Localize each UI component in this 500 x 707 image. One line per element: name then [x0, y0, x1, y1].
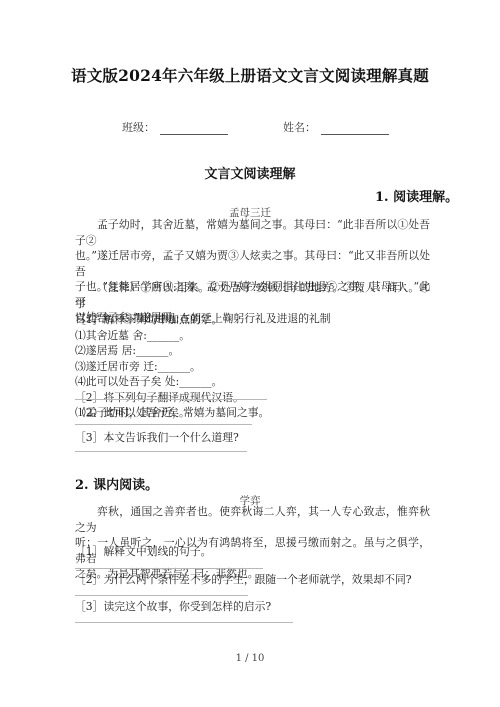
passage-line: 也。”遂迁居市旁，孟子又嬉为贾③人炫卖之事。其母曰：“此又非吾所以处吾	[75, 248, 430, 279]
answer-line[interactable]	[75, 595, 248, 596]
name-blank[interactable]	[321, 134, 389, 135]
page-indicator: 1 / 10	[0, 653, 500, 664]
item-1-prompt: ［1］解释下列句中加点的字。	[75, 312, 269, 328]
document-title: 语文版2024年六年级上册语文文言文阅读理解真题	[0, 64, 500, 86]
item-1-sub-1: ⑴其舍近墓 舍:______。	[75, 328, 269, 344]
item-3-prompt: ［3］本文告诉我们一个什么道理?	[75, 430, 239, 445]
q2-item-2-prompt: ［2］为什么两个条件差不多的学生，跟随一个老师就学，效果却不同?	[75, 572, 412, 587]
passage-line: 孟子幼时，其舍近墓，常嬉为墓间之事。其母曰：“此非吾所以①处吾子②	[75, 217, 430, 248]
answer-line[interactable]	[75, 451, 247, 452]
class-label: 班级：	[122, 121, 155, 134]
passage-line: 弈秋，通国之善弈者也。使弈秋诲二人弈，其一人专心致志，惟弈秋之为	[75, 504, 430, 535]
item-1-sub-3: ⑶遂迁居市旁 迁:______。	[75, 359, 269, 375]
q2-item-3-prompt: ［3］读完这个故事，你受到怎样的启示?	[75, 599, 271, 614]
class-blank[interactable]	[160, 134, 228, 135]
item-2-prompt: ［2］将下列句子翻译成现代汉语。	[75, 390, 269, 406]
question-1-heading: 1. 阅读理解。	[375, 186, 458, 205]
notes-line: （注释）①所以:用来。②处吾子:安顿儿子的地方。③贾人：商人。④学	[75, 280, 430, 311]
q2-item-1-prompt: ［1］解释文中划线的句子。	[75, 544, 211, 559]
question-2-heading: 2. 课内阅读。	[75, 474, 158, 493]
passage-2-body: 弈秋，通国之善弈者也。使弈秋诲二人弈，其一人专心致志，惟弈秋之为 听；一人虽听之…	[75, 504, 430, 582]
answer-line[interactable]	[75, 568, 263, 569]
section-title: 文言文阅读理解	[0, 163, 500, 182]
answer-line[interactable]	[75, 622, 293, 623]
item-2-sub-2: （2）此可以处吾子矣。	[75, 405, 190, 420]
item-1-sub-2: ⑵遂居焉 居:______。	[75, 343, 269, 359]
answer-line[interactable]	[75, 424, 252, 425]
name-field: 姓名：	[283, 116, 389, 135]
name-label: 姓名：	[283, 121, 316, 134]
class-field: 班级：	[122, 116, 228, 135]
item-1-sub-4: ⑷此可以处吾子矣 处:______。	[75, 374, 269, 390]
answer-line[interactable]	[75, 399, 267, 400]
